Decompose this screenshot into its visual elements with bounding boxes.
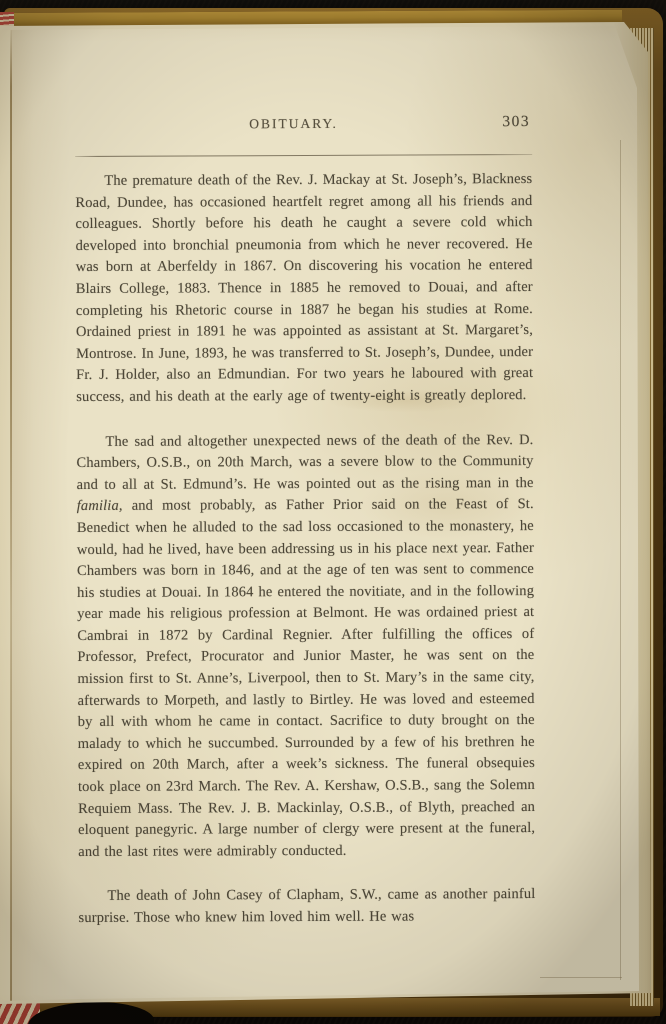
paragraph-text: The premature death of the Rev. J. Macka… bbox=[75, 171, 533, 405]
running-title: OBITUARY. bbox=[65, 115, 522, 133]
obituary-paragraph-casey: The death of John Casey of Clapham, S.W.… bbox=[78, 884, 535, 929]
cover-impress-line-bottom bbox=[540, 977, 622, 978]
obituary-paragraph-mackay: The premature death of the Rev. J. Macka… bbox=[75, 169, 533, 409]
italic-word-familia: familia bbox=[77, 498, 119, 514]
cover-impress-line-right bbox=[620, 140, 621, 980]
paragraph-text: The death of John Casey of Clapham, S.W.… bbox=[78, 886, 535, 926]
printed-text-block: OBITUARY. 303 The premature death of the… bbox=[75, 108, 536, 953]
header-rule bbox=[75, 154, 532, 157]
page-number: 303 bbox=[502, 113, 530, 131]
book-photograph: OBITUARY. 303 The premature death of the… bbox=[0, 0, 666, 1024]
page-header: OBITUARY. 303 bbox=[75, 108, 532, 147]
book-page: OBITUARY. 303 The premature death of the… bbox=[0, 0, 666, 1024]
obituary-paragraph-chambers: The sad and altogether unexpected news o… bbox=[76, 430, 535, 864]
gutter-crease bbox=[10, 28, 12, 1001]
paragraph-text: The sad and altogether unexpected news o… bbox=[77, 432, 534, 493]
paragraph-text: , and most probably, as Father Prior sai… bbox=[77, 496, 535, 859]
